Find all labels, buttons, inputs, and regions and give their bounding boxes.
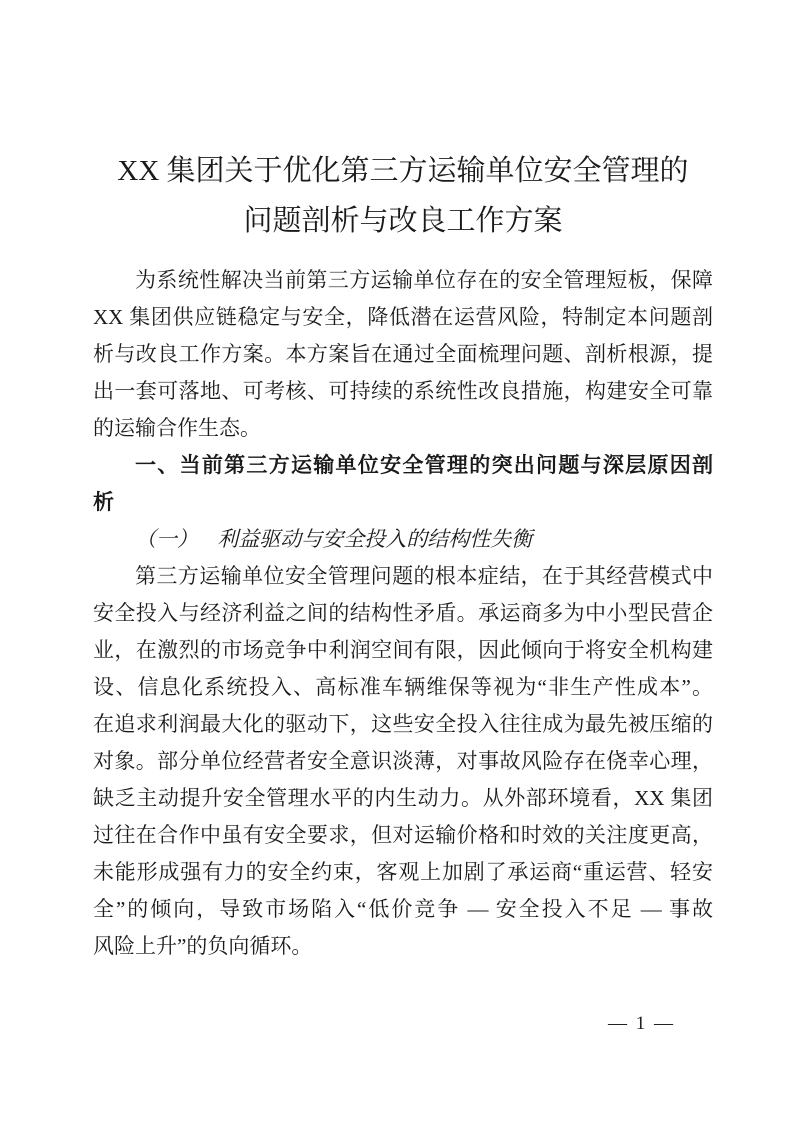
section-1-1-line-5: 在追求利润最大化的驱动下，这些安全投入往往成为最先被压缩的 [93,706,713,743]
section-1-heading-line-1: 一、当前第三方运输单位安全管理的突出问题与深层原因剖 [93,447,713,484]
title-line-2: 问题剖析与改良工作方案 [93,196,713,246]
document-content: XX 集团关于优化第三方运输单位安全管理的 问题剖析与改良工作方案 为系统性解决… [93,146,713,965]
section-1-1-line-3: 业，在激烈的市场竞争中利润空间有限，因此倾向于将安全机构建 [93,632,713,669]
section-1-1-subheading-line: （一） 利益驱动与安全投入的结构性失衡 [93,521,713,558]
title-line-1: XX 集团关于优化第三方运输单位安全管理的 [93,146,713,196]
section-1-1-line-4: 设、信息化系统投入、高标准车辆维保等视为“非生产性成本”。 [93,669,713,706]
document-title: XX 集团关于优化第三方运输单位安全管理的 问题剖析与改良工作方案 [93,146,713,246]
section-1-heading: 一、当前第三方运输单位安全管理的突出问题与深层原因剖 析 [93,447,713,521]
section-1-1-subheading: （一） 利益驱动与安全投入的结构性失衡 [93,521,713,558]
intro-line-2: XX 集团供应链稳定与安全，降低潜在运营风险，特制定本问题剖 [93,299,713,336]
section-1-1-line-1: 第三方运输单位安全管理问题的根本症结，在于其经营模式中 [93,558,713,595]
section-1-1-line-10: 全”的倾向，导致市场陷入“低价竞争 — 安全投入不足 — 事故 [93,891,713,928]
document-page: XX 集团关于优化第三方运输单位安全管理的 问题剖析与改良工作方案 为系统性解决… [0,0,793,1122]
section-1-1-paragraph: 第三方运输单位安全管理问题的根本症结，在于其经营模式中 安全投入与经济利益之间的… [93,558,713,965]
section-1-1-line-8: 过往在合作中虽有安全要求，但对运输价格和时效的关注度更高， [93,817,713,854]
page-number: — 1 — [608,1013,675,1034]
section-1-1-line-9: 未能形成强有力的安全约束，客观上加剧了承运商“重运营、轻安 [93,854,713,891]
intro-line-5: 的运输合作生态。 [93,410,713,447]
section-1-1-line-11: 风险上升”的负向循环。 [93,928,713,965]
section-1-heading-line-2: 析 [93,484,713,521]
intro-line-3: 析与改良工作方案。本方案旨在通过全面梳理问题、剖析根源，提 [93,336,713,373]
intro-line-4: 出一套可落地、可考核、可持续的系统性改良措施，构建安全可靠 [93,373,713,410]
intro-line-1: 为系统性解决当前第三方运输单位存在的安全管理短板，保障 [93,262,713,299]
intro-paragraph: 为系统性解决当前第三方运输单位存在的安全管理短板，保障 XX 集团供应链稳定与安… [93,262,713,447]
section-1-1-line-7: 缺乏主动提升安全管理水平的内生动力。从外部环境看，XX 集团 [93,780,713,817]
section-1-1-line-6: 对象。部分单位经营者安全意识淡薄，对事故风险存在侥幸心理， [93,743,713,780]
page-footer: — 1 — [608,1012,675,1036]
section-1-1-line-2: 安全投入与经济利益之间的结构性矛盾。承运商多为中小型民营企 [93,595,713,632]
